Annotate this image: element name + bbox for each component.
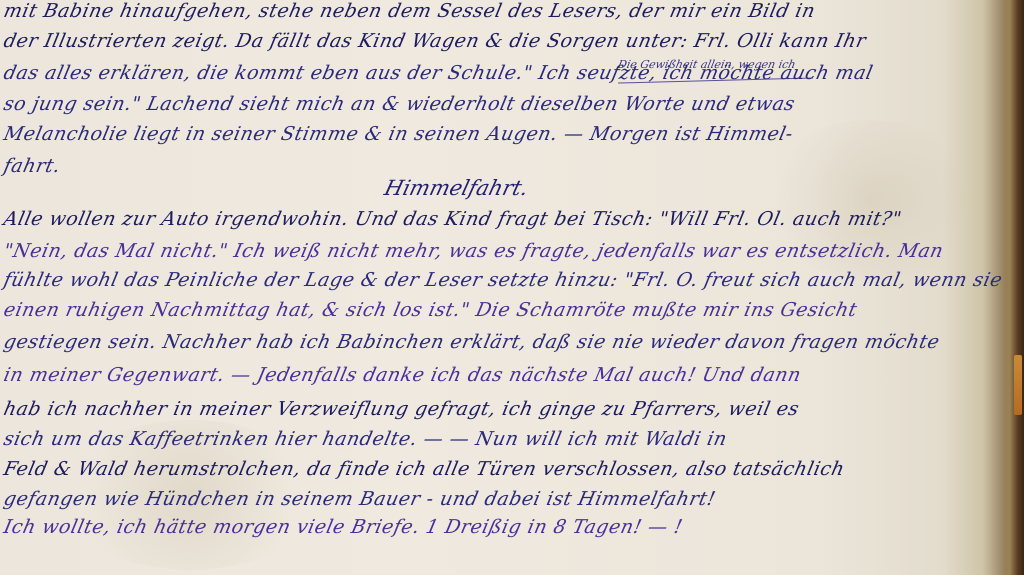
diary-page: mit Babine hinaufgehen, stehe neben dem … xyxy=(0,0,1000,575)
text-line-6: fahrt. xyxy=(2,155,63,177)
binding-strip xyxy=(1014,355,1022,415)
text-line-7: Alle wollen zur Auto irgendwohin. Und da… xyxy=(2,208,904,230)
section-heading: Himmelfahrt. xyxy=(382,176,531,200)
text-line-10: einen ruhigen Nachmittag hat, & sich los… xyxy=(2,299,860,321)
text-line-4: so jung sein." Lachend sieht mich an & w… xyxy=(2,93,797,115)
text-line-15: Feld & Wald herumstrolchen, da finde ich… xyxy=(2,458,847,480)
text-line-14: sich um das Kaffeetrinken hier handelte.… xyxy=(2,428,729,450)
text-line-17: Ich wollte, ich hätte morgen viele Brief… xyxy=(2,516,685,538)
text-line-8: "Nein, das Mal nicht." Ich weiß nicht me… xyxy=(2,240,946,262)
text-line-13: hab ich nachher in meiner Verzweiflung g… xyxy=(2,398,802,420)
text-line-9: fühlte wohl das Peinliche der Lage & der… xyxy=(2,269,1005,291)
text-line-5: Melancholie liegt in seiner Stimme & in … xyxy=(2,123,796,145)
text-line-12: in meiner Gegenwart. — Jedenfalls danke … xyxy=(2,364,804,386)
book-binding-edge xyxy=(1002,0,1024,575)
text-line-11: gestiegen sein. Nachher hab ich Babinche… xyxy=(2,331,942,353)
text-line-1: mit Babine hinaufgehen, stehe neben dem … xyxy=(2,0,818,22)
text-line-3: das alles erklären, die kommt eben aus d… xyxy=(2,62,875,84)
text-line-16: gefangen wie Hündchen in seinem Bauer - … xyxy=(2,488,718,510)
text-line-2: der Illustrierten zeigt. Da fällt das Ki… xyxy=(2,30,869,52)
